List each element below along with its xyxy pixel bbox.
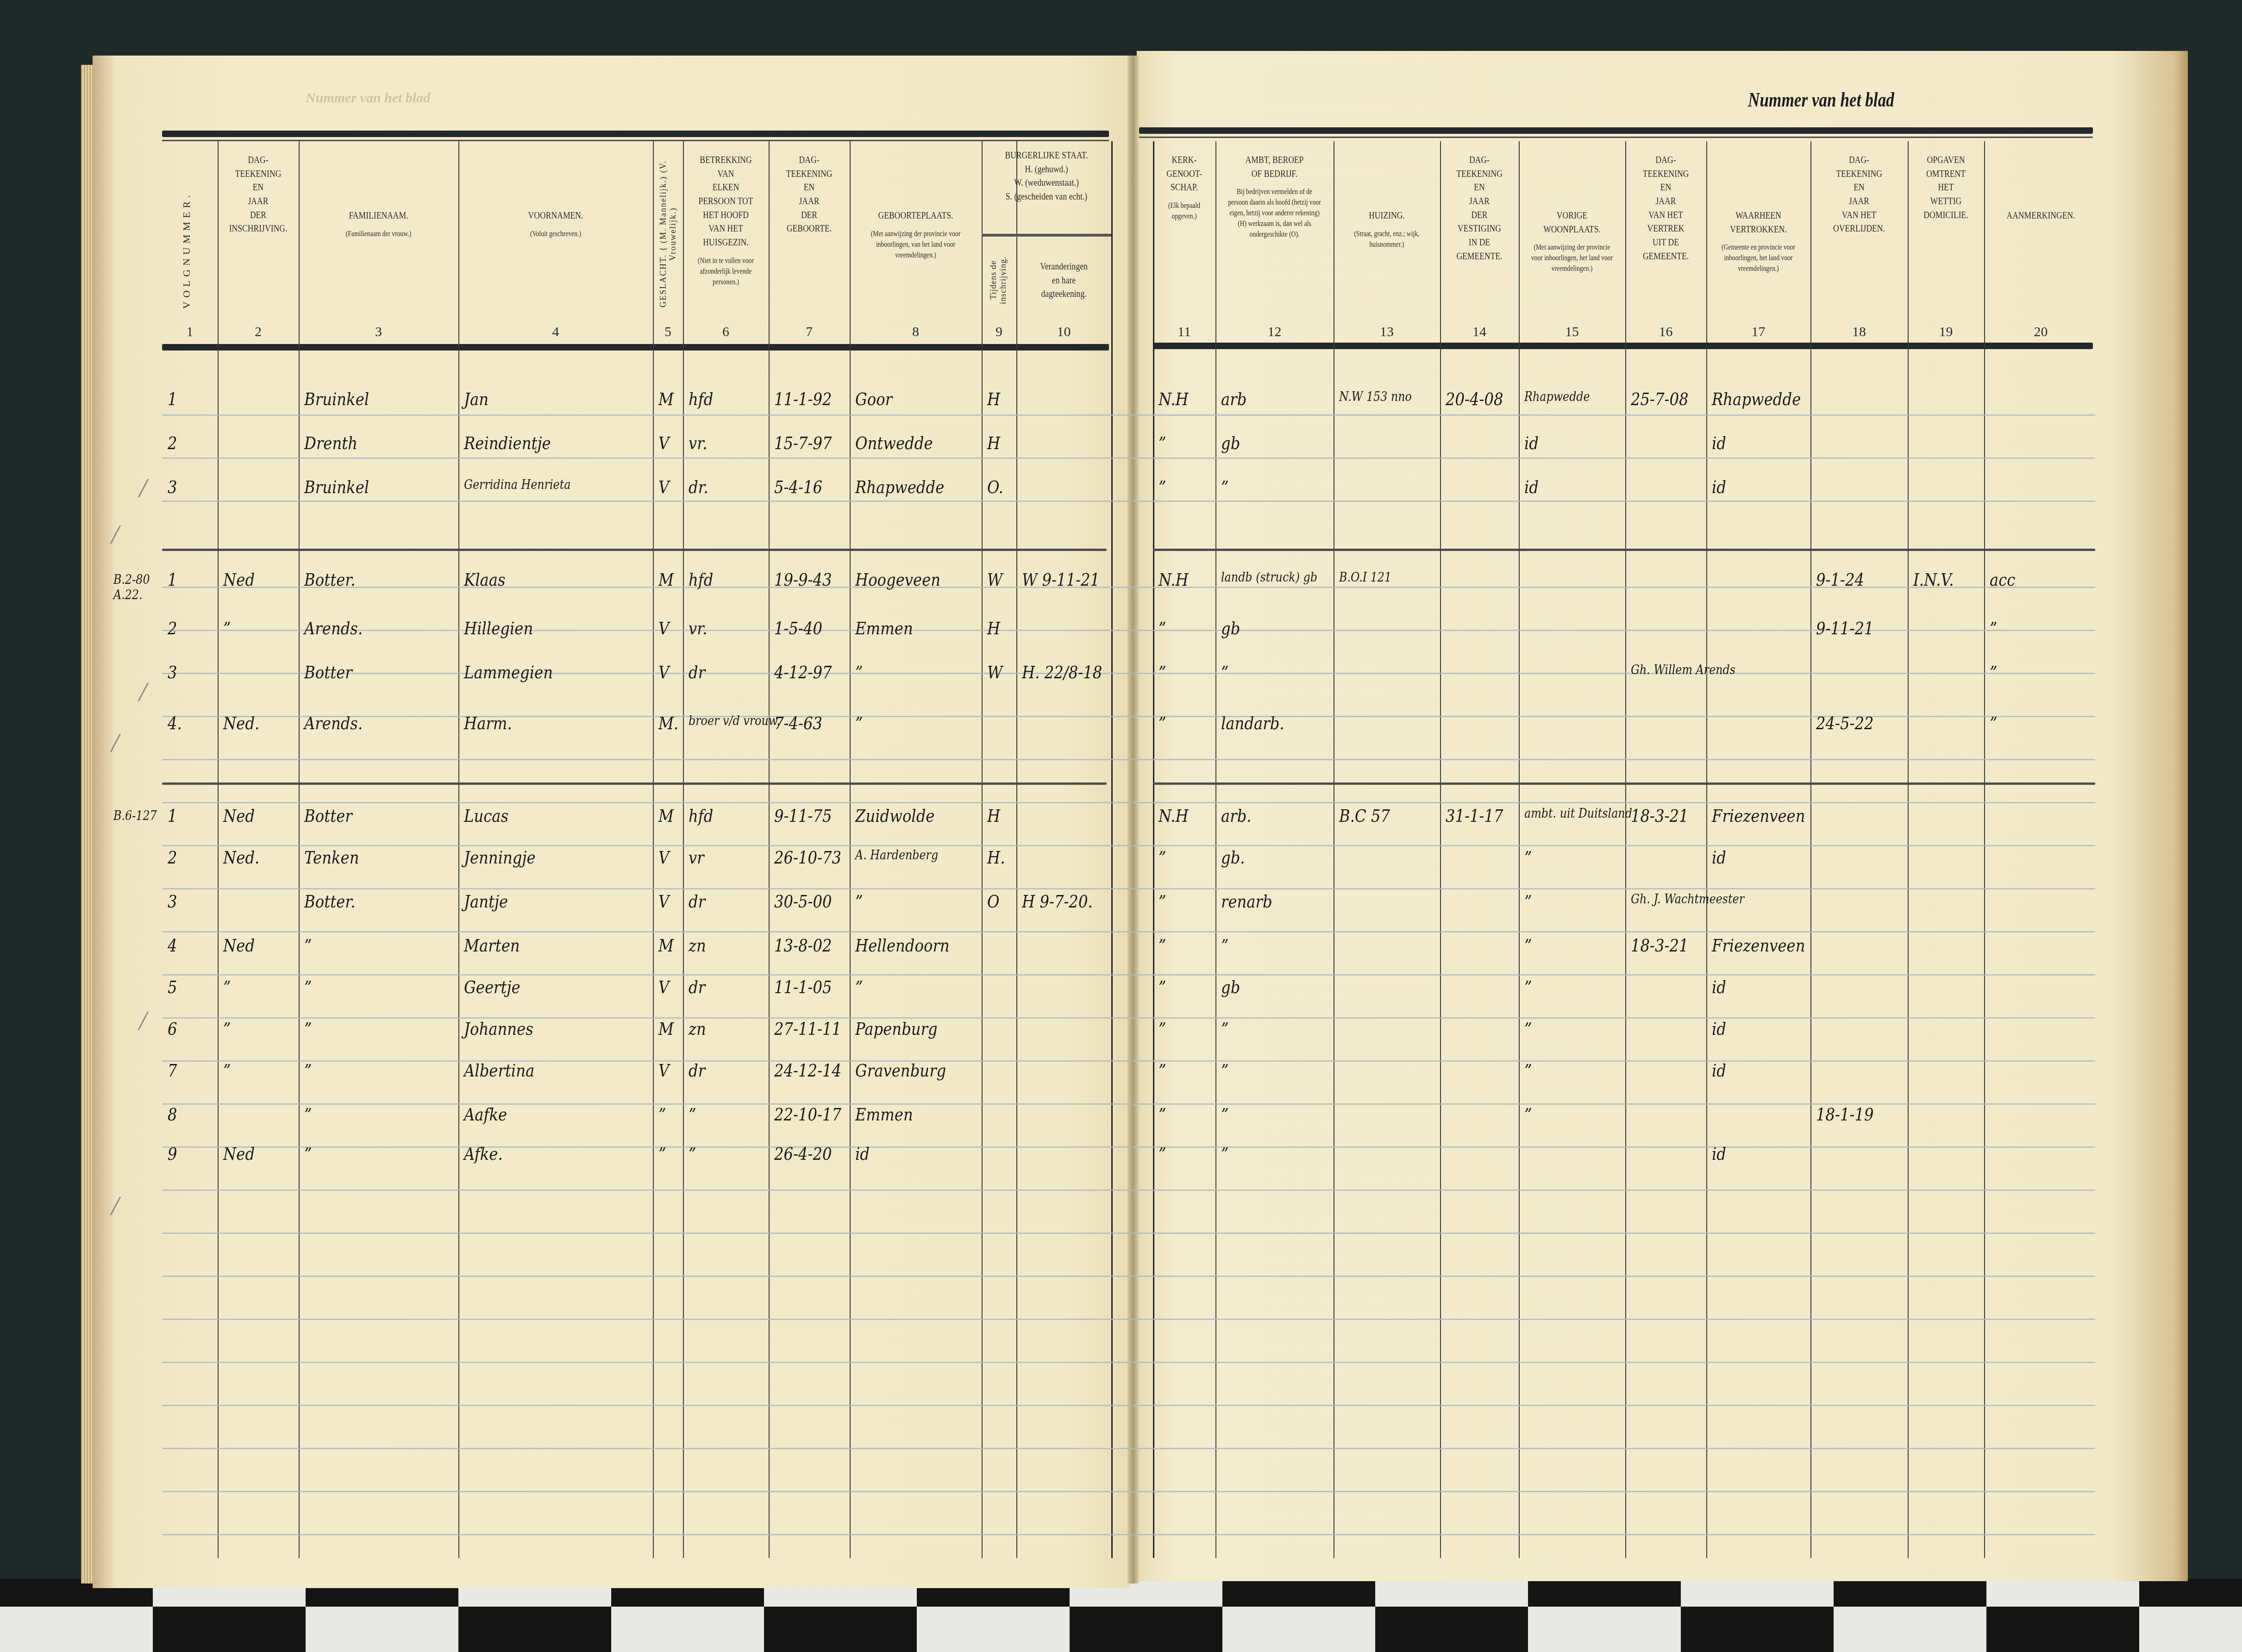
- cell-col-15: ”: [1524, 935, 1532, 956]
- cell-col-15: ”: [1524, 1019, 1532, 1039]
- cell-col-5: V: [658, 433, 669, 453]
- cell-col-8: ”: [855, 977, 863, 997]
- cell-col-7: 27-11-11: [774, 1019, 841, 1039]
- column-divider: [218, 141, 219, 1558]
- cell-col-13: B.O.I 121: [1339, 569, 1391, 585]
- cell-col-4: Reindientje: [464, 433, 551, 453]
- pencil-check-mark: /: [139, 1005, 147, 1037]
- cell-col-1: 8: [168, 1104, 177, 1125]
- cell-col-7: 9-11-75: [774, 806, 832, 826]
- cell-col-11: ”: [1159, 662, 1166, 682]
- ruled-line: [162, 1319, 2095, 1320]
- cell-col-5: M: [658, 569, 674, 590]
- cell-col-6: ”: [689, 1104, 696, 1125]
- cell-col-12: arb.: [1221, 806, 1252, 826]
- cell-col-5: V: [658, 891, 669, 912]
- cell-col-17: id: [1712, 477, 1726, 497]
- ruled-line: [162, 888, 2095, 889]
- cell-col-15: id: [1524, 477, 1539, 497]
- cell-col-4: Albertina: [464, 1060, 534, 1081]
- cell-col-7: 5-4-16: [774, 477, 822, 497]
- cell-col-16: Gh. Willem Arends: [1631, 662, 1700, 677]
- cell-col-17: id: [1712, 847, 1726, 868]
- column-divider: [1984, 141, 1985, 1558]
- cell-col-11: ”: [1159, 977, 1166, 997]
- ruled-line: [162, 1233, 2095, 1234]
- cell-col-1: 1: [168, 389, 177, 409]
- column-header-5: GESLACHT. { (M. Mannelijk.) (V. Vrouweli…: [658, 148, 678, 319]
- household-separator: [162, 782, 1107, 785]
- cell-col-12: gb.: [1221, 847, 1245, 868]
- cell-col-15: ”: [1524, 977, 1532, 997]
- column-header-2: DAG- TEEKENING EN JAAR DER INSCHRIJVING.: [226, 153, 291, 235]
- cell-col-7: 24-12-14: [774, 1060, 841, 1081]
- ruled-line: [162, 1189, 2095, 1191]
- column-header-20: AANMERKINGEN.: [1996, 208, 2086, 222]
- cell-col-18: 24-5-22: [1816, 713, 1874, 733]
- cell-col-8: Gravenburg: [855, 1060, 946, 1081]
- cell-col-16: 18-3-21: [1631, 806, 1689, 826]
- column-header-4: VOORNAMEN.(Voluit geschreven.): [478, 208, 633, 239]
- cell-col-17: id: [1712, 1019, 1726, 1039]
- ruled-line: [162, 1534, 2095, 1535]
- cell-col-18: 18-1-19: [1816, 1104, 1874, 1125]
- cell-col-18: 9-1-24: [1816, 569, 1864, 590]
- cell-col-7: 19-9-43: [774, 569, 832, 590]
- household-separator: [1153, 782, 2095, 785]
- cell-col-4: Afke.: [464, 1144, 503, 1164]
- cell-col-5: M: [658, 935, 674, 956]
- column-divider: [1706, 141, 1707, 1558]
- ruled-line: [162, 414, 2095, 416]
- column-number-10: 10: [1016, 324, 1111, 340]
- cell-col-6: ”: [689, 1144, 696, 1164]
- cell-col-2: Ned: [223, 806, 255, 826]
- cell-col-4: Harm.: [464, 713, 512, 733]
- column-header-19: OPGAVEN OMTRENT HET WETTIG DOMICILIE.: [1916, 153, 1977, 221]
- cell-col-1: 2: [168, 847, 177, 868]
- cell-col-4: Lucas: [464, 806, 508, 826]
- ruled-line: [162, 1103, 2095, 1105]
- cell-col-12: ”: [1221, 1144, 1229, 1164]
- cell-col-13: N.W 153 nno: [1339, 389, 1412, 404]
- cell-col-12: ”: [1221, 1060, 1229, 1081]
- civil-status-at-registration-label: Tijdens de inschrijving.: [989, 241, 1008, 319]
- cell-col-1: 9: [168, 1144, 177, 1164]
- cell-col-1: 3: [168, 662, 177, 682]
- column-number-12: 12: [1215, 324, 1334, 340]
- cell-col-5: M.: [658, 713, 678, 733]
- cell-col-1: 5: [168, 977, 177, 997]
- column-header-18: DAG- TEEKENING EN JAAR VAN HET OVERLIJDE…: [1820, 153, 1898, 235]
- ruled-line: [162, 974, 2095, 976]
- cell-col-7: 7-4-63: [774, 713, 822, 733]
- column-divider: [769, 141, 770, 1558]
- cell-col-5: ”: [658, 1104, 666, 1125]
- cell-col-4: Marten: [464, 935, 520, 956]
- cell-col-12: gb: [1221, 433, 1240, 453]
- cell-col-17: id: [1712, 1060, 1726, 1081]
- cell-col-6: dr: [689, 977, 705, 997]
- cell-col-11: ”: [1159, 1104, 1166, 1125]
- cell-col-14: 31-1-17: [1446, 806, 1503, 826]
- cell-col-5: M: [658, 1019, 674, 1039]
- column-number-13: 13: [1334, 324, 1440, 340]
- cell-col-1: 3: [168, 477, 177, 497]
- column-divider: [1440, 141, 1441, 1558]
- column-divider: [1810, 141, 1811, 1558]
- book-gutter: [1127, 56, 1139, 1583]
- cell-col-12: ”: [1221, 1019, 1229, 1039]
- color-calibration-strip: [0, 1607, 2242, 1652]
- cell-col-6: hfd: [689, 806, 713, 826]
- cell-col-5: V: [658, 977, 669, 997]
- cell-col-18: 9-11-21: [1816, 618, 1874, 638]
- pencil-check-mark: /: [139, 472, 147, 504]
- column-number-11: 11: [1153, 324, 1215, 340]
- cell-col-6: vr: [689, 847, 704, 868]
- cell-col-8: Hoogeveen: [855, 569, 940, 590]
- cell-col-6: hfd: [689, 389, 713, 409]
- cell-col-1: 2: [168, 618, 177, 638]
- column-header-9: BURGERLIJKE STAAT. H. (gehuwd.) W. (wedu…: [995, 148, 1098, 203]
- cell-col-5: M: [658, 806, 674, 826]
- cell-col-2: Ned.: [223, 713, 259, 733]
- cell-col-17: id: [1712, 1144, 1726, 1164]
- column-header-17: WAARHEEN VERTROKKEN.(Gemeente en provinc…: [1717, 208, 1800, 274]
- cell-col-10: H. 22/8-18: [1022, 662, 1102, 682]
- cell-col-9: O.: [987, 477, 1003, 497]
- household-margin-ref: B.6-127: [113, 808, 157, 823]
- column-number-7: 7: [769, 324, 850, 340]
- column-divider: [1215, 141, 1216, 1558]
- cell-col-11: ”: [1159, 433, 1166, 453]
- cell-col-20: ”: [1990, 618, 1998, 638]
- cell-col-8: ”: [855, 662, 863, 682]
- cell-col-3: Arends.: [304, 713, 363, 733]
- cell-col-11: ”: [1159, 1144, 1166, 1164]
- cell-col-3: Botter.: [304, 569, 355, 590]
- ruled-line: [162, 587, 2095, 588]
- cell-col-1: 2: [168, 433, 177, 453]
- cell-col-5: V: [658, 662, 669, 682]
- cell-col-6: dr.: [689, 477, 708, 497]
- column-divider: [850, 141, 851, 1558]
- cell-col-8: Papenburg: [855, 1019, 938, 1039]
- cell-col-4: Klaas: [464, 569, 506, 590]
- ruled-line: [162, 1060, 2095, 1062]
- cell-col-6: vr.: [689, 433, 707, 453]
- column-divider: [1625, 141, 1626, 1558]
- column-number-14: 14: [1440, 324, 1519, 340]
- ruled-line: [162, 931, 2095, 932]
- column-divider: [683, 141, 684, 1558]
- cell-col-12: landarb.: [1221, 713, 1284, 733]
- column-divider: [1908, 141, 1909, 1558]
- cell-col-2: Ned: [223, 1144, 255, 1164]
- column-header-12: AMBT, BEROEP OF BEDRIJF.Bij bedrijven ve…: [1227, 153, 1322, 240]
- cell-col-3: Arends.: [304, 618, 363, 638]
- cell-col-3: ”: [304, 1104, 312, 1125]
- column-number-5: 5: [653, 324, 683, 340]
- cell-col-6: vr.: [689, 618, 707, 638]
- household-separator: [1153, 549, 2095, 551]
- ruled-line: [162, 1491, 2095, 1492]
- cell-col-1: 7: [168, 1060, 177, 1081]
- pencil-check-mark: /: [111, 519, 119, 551]
- cell-col-7: 11-1-05: [774, 977, 832, 997]
- cell-col-5: V: [658, 618, 669, 638]
- column-number-20: 20: [1984, 324, 2098, 340]
- cell-col-15: id: [1524, 433, 1539, 453]
- cell-col-6: dr: [689, 662, 705, 682]
- cell-col-5: V: [658, 1060, 669, 1081]
- cell-col-12: ”: [1221, 1104, 1229, 1125]
- cell-col-15: ambt. uit Duitsland: [1524, 806, 1615, 821]
- ruled-line: [162, 673, 2095, 674]
- column-number-4: 4: [458, 324, 653, 340]
- cell-col-8: Emmen: [855, 1104, 913, 1125]
- cell-col-8: A. Hardenberg: [855, 847, 938, 863]
- column-header-14: DAG- TEEKENING EN JAAR DER VESTIGING IN …: [1448, 153, 1511, 263]
- cell-col-12: gb: [1221, 977, 1240, 997]
- header-bottom-rule-left: [162, 344, 1109, 350]
- column-divider: [299, 141, 300, 1558]
- cell-col-6: hfd: [689, 569, 713, 590]
- cell-col-2: Ned: [223, 935, 255, 956]
- header-top-rule-right: [1139, 127, 2093, 134]
- cell-col-16: 25-7-08: [1631, 389, 1689, 409]
- cell-col-2: ”: [223, 618, 231, 638]
- ruled-line: [162, 802, 2095, 803]
- header-top-thin-rule-left: [162, 140, 1109, 141]
- cell-col-9: H: [987, 806, 1000, 826]
- cell-col-4: Hillegien: [464, 618, 533, 638]
- column-header-3: FAMILIENAAM.(Familienaam der vrouw.): [315, 208, 443, 239]
- column-number-6: 6: [683, 324, 769, 340]
- cell-col-8: ”: [855, 891, 863, 912]
- cell-col-4: Gerridina Henrieta: [464, 477, 570, 492]
- cell-col-4: Johannes: [464, 1019, 533, 1039]
- ruled-line: [162, 1276, 2095, 1277]
- column-divider: [458, 141, 459, 1558]
- cell-col-8: Hellendoorn: [855, 935, 950, 956]
- cell-col-3: ”: [304, 1019, 312, 1039]
- cell-col-20: ”: [1990, 662, 1998, 682]
- cell-col-14: 20-4-08: [1446, 389, 1503, 409]
- cell-col-12: landb (struck) gb: [1221, 569, 1317, 585]
- cell-col-3: Botter: [304, 806, 352, 826]
- cell-col-9: H.: [987, 847, 1005, 868]
- cell-col-11: N.H: [1159, 806, 1189, 826]
- cell-col-7: 1-5-40: [774, 618, 822, 638]
- cell-col-8: Goor: [855, 389, 892, 409]
- cell-col-15: ”: [1524, 1104, 1532, 1125]
- column-header-6: BETREKKING VAN ELKEN PERSOON TOT HET HOO…: [692, 153, 760, 288]
- cell-col-12: ”: [1221, 935, 1229, 956]
- cell-col-11: ”: [1159, 1019, 1166, 1039]
- cell-col-17: id: [1712, 433, 1726, 453]
- cell-col-3: Tenken: [304, 847, 359, 868]
- cell-col-1: 6: [168, 1019, 177, 1039]
- cell-col-3: ”: [304, 1144, 312, 1164]
- cell-col-13: B.C 57: [1339, 806, 1390, 826]
- cell-col-4: Jenningje: [464, 847, 536, 868]
- household-margin-ref: B.2-80 A.22.: [113, 572, 150, 602]
- column-header-8: GEBOORTEPLAATS.(Met aanwijzing der provi…: [863, 208, 969, 261]
- cell-col-8: Emmen: [855, 618, 913, 638]
- cell-col-11: ”: [1159, 1060, 1166, 1081]
- cell-col-6: dr: [689, 1060, 705, 1081]
- cell-col-17: Friezenveen: [1712, 806, 1800, 826]
- cell-col-11: ”: [1159, 935, 1166, 956]
- ruled-line: [162, 630, 2095, 631]
- sheet-number-label: Nummer van het blad: [1748, 88, 1894, 112]
- cell-col-20: ”: [1990, 713, 1998, 733]
- cell-col-4: Jan: [464, 389, 488, 409]
- cell-col-6: zn: [689, 1019, 706, 1039]
- ruled-line: [162, 1017, 2095, 1019]
- cell-col-1: 1: [168, 806, 177, 826]
- cell-col-2: Ned: [223, 569, 255, 590]
- cell-col-16: Gh. J. Wachtmeester: [1631, 891, 1700, 907]
- cell-col-20: acc: [1990, 569, 2015, 590]
- column-number-2: 2: [218, 324, 299, 340]
- cell-col-15: ”: [1524, 1060, 1532, 1081]
- ruled-line: [162, 1146, 2095, 1148]
- column-number-16: 16: [1625, 324, 1706, 340]
- cell-col-15: ”: [1524, 847, 1532, 868]
- cell-col-11: ”: [1159, 618, 1166, 638]
- cell-col-2: Ned.: [223, 847, 259, 868]
- cell-col-11: ”: [1159, 891, 1166, 912]
- cell-col-15: ”: [1524, 891, 1532, 912]
- ruled-line: [162, 759, 2095, 760]
- column-header-1: VOLGNUMMER.: [181, 185, 193, 315]
- pencil-check-mark: /: [111, 727, 119, 759]
- pencil-check-mark: /: [111, 1190, 119, 1222]
- cell-col-9: W: [987, 569, 1002, 590]
- column-number-8: 8: [850, 324, 982, 340]
- cell-col-9: W: [987, 662, 1002, 682]
- cell-col-17: id: [1712, 977, 1726, 997]
- column-header-7: DAG- TEEKENING EN JAAR DER GEBOORTE.: [777, 153, 842, 235]
- cell-col-5: V: [658, 847, 669, 868]
- cell-col-4: Geertje: [464, 977, 520, 997]
- column-header-15: VORIGE WOONPLAATS.(Met aanwijzing der pr…: [1529, 208, 1615, 274]
- cell-col-6: zn: [689, 935, 706, 956]
- cell-col-3: Botter: [304, 662, 352, 682]
- cell-col-1: 4: [168, 935, 177, 956]
- ghost-sheet-label: Nummer van het blad: [306, 90, 430, 106]
- ruled-line: [162, 501, 2095, 502]
- cell-col-8: Zuidwolde: [855, 806, 934, 826]
- cell-col-2: ”: [223, 1060, 231, 1081]
- cell-col-4: Lammegien: [464, 662, 553, 682]
- cell-col-12: ”: [1221, 662, 1229, 682]
- cell-col-17: Rhapwedde: [1712, 389, 1800, 409]
- ruled-line: [162, 1362, 2095, 1363]
- cell-col-2: ”: [223, 977, 231, 997]
- cell-col-7: 26-10-73: [774, 847, 841, 868]
- cell-col-3: Bruinkel: [304, 389, 369, 409]
- cell-col-5: ”: [658, 1144, 666, 1164]
- column-number-3: 3: [299, 324, 458, 340]
- column-number-1: 1: [162, 324, 218, 340]
- cell-col-7: 22-10-17: [774, 1104, 841, 1125]
- cell-col-1: 4.: [168, 713, 182, 733]
- cell-col-7: 26-4-20: [774, 1144, 832, 1164]
- cell-col-6: dr: [689, 891, 705, 912]
- column-header-11: KERK- GENOOT- SCHAP.(Elk bepaald opgeven…: [1159, 153, 1209, 222]
- column-divider: [653, 141, 654, 1558]
- cell-col-11: ”: [1159, 713, 1166, 733]
- column-divider: [1334, 141, 1334, 1558]
- cell-col-9: O: [987, 891, 999, 912]
- column-divider: [982, 141, 983, 1558]
- pencil-check-mark: /: [139, 676, 147, 708]
- column-number-17: 17: [1706, 324, 1810, 340]
- cell-col-9: H: [987, 389, 1000, 409]
- cell-col-16: 18-3-21: [1631, 935, 1689, 956]
- cell-col-6: broer v/d vrouw.: [689, 713, 761, 728]
- cell-col-12: ”: [1221, 477, 1229, 497]
- civil-status-subdivider: [982, 234, 1111, 237]
- cell-col-3: Bruinkel: [304, 477, 369, 497]
- cell-col-8: Ontwedde: [855, 433, 933, 453]
- header-top-rule-left: [162, 131, 1109, 137]
- cell-col-3: ”: [304, 977, 312, 997]
- cell-col-8: Rhapwedde: [855, 477, 944, 497]
- ruled-line: [162, 1405, 2095, 1406]
- column-divider: [1153, 141, 1154, 1558]
- cell-col-9: H: [987, 618, 1000, 638]
- column-header-16: DAG- TEEKENING EN JAAR VAN HET VERTREK U…: [1634, 153, 1698, 263]
- cell-col-11: N.H: [1159, 389, 1189, 409]
- column-number-18: 18: [1810, 324, 1908, 340]
- household-separator: [162, 549, 1107, 551]
- column-divider: [1016, 141, 1017, 1558]
- cell-col-7: 4-12-97: [774, 662, 832, 682]
- cell-col-12: renarb: [1221, 891, 1272, 912]
- column-divider: [1519, 141, 1520, 1558]
- cell-col-8: ”: [855, 713, 863, 733]
- cell-col-3: ”: [304, 1060, 312, 1081]
- cell-col-17: Friezenveen: [1712, 935, 1800, 956]
- cell-col-4: Aafke: [464, 1104, 507, 1125]
- cell-col-1: 3: [168, 891, 177, 912]
- ruled-line: [162, 845, 2095, 846]
- ruled-line: [162, 457, 2095, 459]
- column-header-10: Veranderingen en hare dagteekening.: [1026, 259, 1102, 300]
- cell-col-7: 13-8-02: [774, 935, 832, 956]
- cell-col-1: 1: [168, 569, 177, 590]
- column-number-9: 9: [982, 324, 1016, 340]
- column-divider: [1111, 141, 1113, 1558]
- cell-col-9: H: [987, 433, 1000, 453]
- ruled-line: [162, 716, 2095, 717]
- cell-col-8: id: [855, 1144, 870, 1164]
- cell-col-12: arb: [1221, 389, 1246, 409]
- cell-col-5: V: [658, 477, 669, 497]
- column-number-19: 19: [1908, 324, 1984, 340]
- cell-col-11: N.H: [1159, 569, 1189, 590]
- column-header-13: HUIZING.(Straat, gracht, enz.; wijk, hui…: [1344, 208, 1429, 250]
- cell-col-3: Drenth: [304, 433, 357, 453]
- cell-col-7: 11-1-92: [774, 389, 832, 409]
- cell-col-19: I.N.V.: [1913, 569, 1954, 590]
- header-bottom-rule-right: [1153, 343, 2093, 349]
